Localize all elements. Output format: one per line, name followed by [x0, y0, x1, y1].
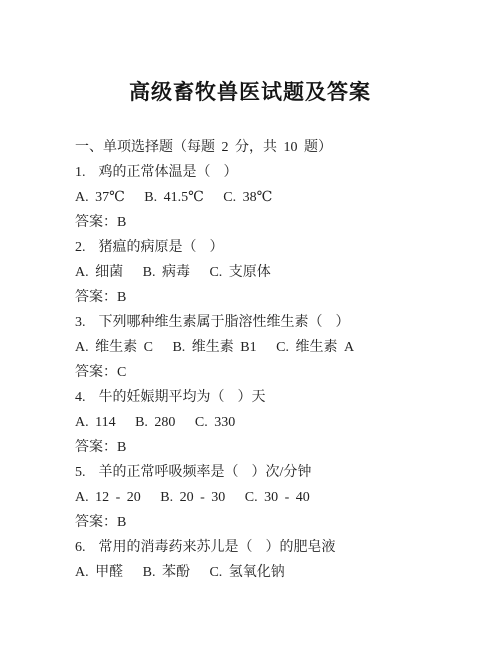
question-options: A. 114 B. 280 C. 330 [75, 410, 460, 435]
question-answer: 答案：B [75, 435, 460, 460]
question-text: 2. 猪瘟的病原是（ ） [75, 235, 460, 260]
question-options: A. 37℃ B. 41.5℃ C. 38℃ [75, 185, 460, 210]
question-options: A. 细菌 B. 病毒 C. 支原体 [75, 260, 460, 285]
question-text: 5. 羊的正常呼吸频率是（ ）次/分钟 [75, 460, 460, 485]
question-answer: 答案：C [75, 360, 460, 385]
question-answer: 答案：B [75, 510, 460, 535]
question-options: A. 甲醛 B. 苯酚 C. 氢氧化钠 [75, 560, 460, 585]
page-title: 高级畜牧兽医试题及答案 [0, 0, 500, 104]
document-body: 一、单项选择题（每题 2 分，共 10 题） 1. 鸡的正常体温是（ ）A. 3… [75, 135, 460, 585]
question-options: A. 维生素 C B. 维生素 B1 C. 维生素 A [75, 335, 460, 360]
document-page: 高级畜牧兽医试题及答案 一、单项选择题（每题 2 分，共 10 题） 1. 鸡的… [0, 0, 500, 647]
question-options: A. 12 - 20 B. 20 - 30 C. 30 - 40 [75, 485, 460, 510]
question-text: 1. 鸡的正常体温是（ ） [75, 160, 460, 185]
question-text: 4. 牛的妊娠期平均为（ ）天 [75, 385, 460, 410]
question-text: 3. 下列哪种维生素属于脂溶性维生素（ ） [75, 310, 460, 335]
question-answer: 答案：B [75, 210, 460, 235]
question-text: 6. 常用的消毒药来苏儿是（ ）的肥皂液 [75, 535, 460, 560]
question-answer: 答案：B [75, 285, 460, 310]
section-header: 一、单项选择题（每题 2 分，共 10 题） [75, 135, 460, 160]
question-list: 1. 鸡的正常体温是（ ）A. 37℃ B. 41.5℃ C. 38℃答案：B2… [75, 160, 460, 585]
